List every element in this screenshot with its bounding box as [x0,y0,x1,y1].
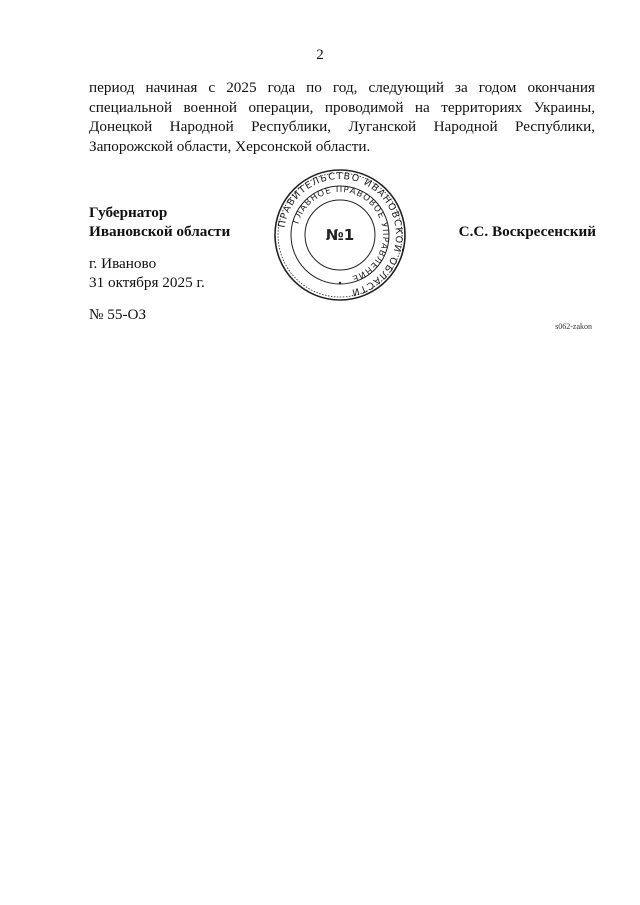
law-number: № 55-ОЗ [89,305,146,324]
file-code: s062-zakon [555,322,592,332]
signatory-title: Губернатор Ивановской области [89,203,230,241]
body-line: период начиная с 2025 года по год, следу… [89,78,595,98]
body-line: Донецкой Народной Республики, Луганской … [89,117,595,137]
signatory-title-line2: Ивановской области [89,222,230,241]
official-seal-icon: ПРАВИТЕЛЬСТВО ИВАНОВСКОЙ ОБЛАСТИ ГЛАВНОЕ… [272,167,408,303]
signing-place: г. Иваново 31 октября 2025 г. [89,254,205,292]
signing-date: 31 октября 2025 г. [89,273,205,292]
page-number: 2 [0,46,640,64]
body-line: Запорожской области, Херсонской области. [89,137,595,157]
body-paragraph: период начиная с 2025 года по год, следу… [89,78,595,156]
signatory-name: С.С. Воскресенский [459,222,596,241]
seal-center-text: №1 [326,226,354,244]
signing-city: г. Иваново [89,254,205,273]
signatory-title-line1: Губернатор [89,203,230,222]
body-line: специальной военной операции, проводимой… [89,98,595,118]
